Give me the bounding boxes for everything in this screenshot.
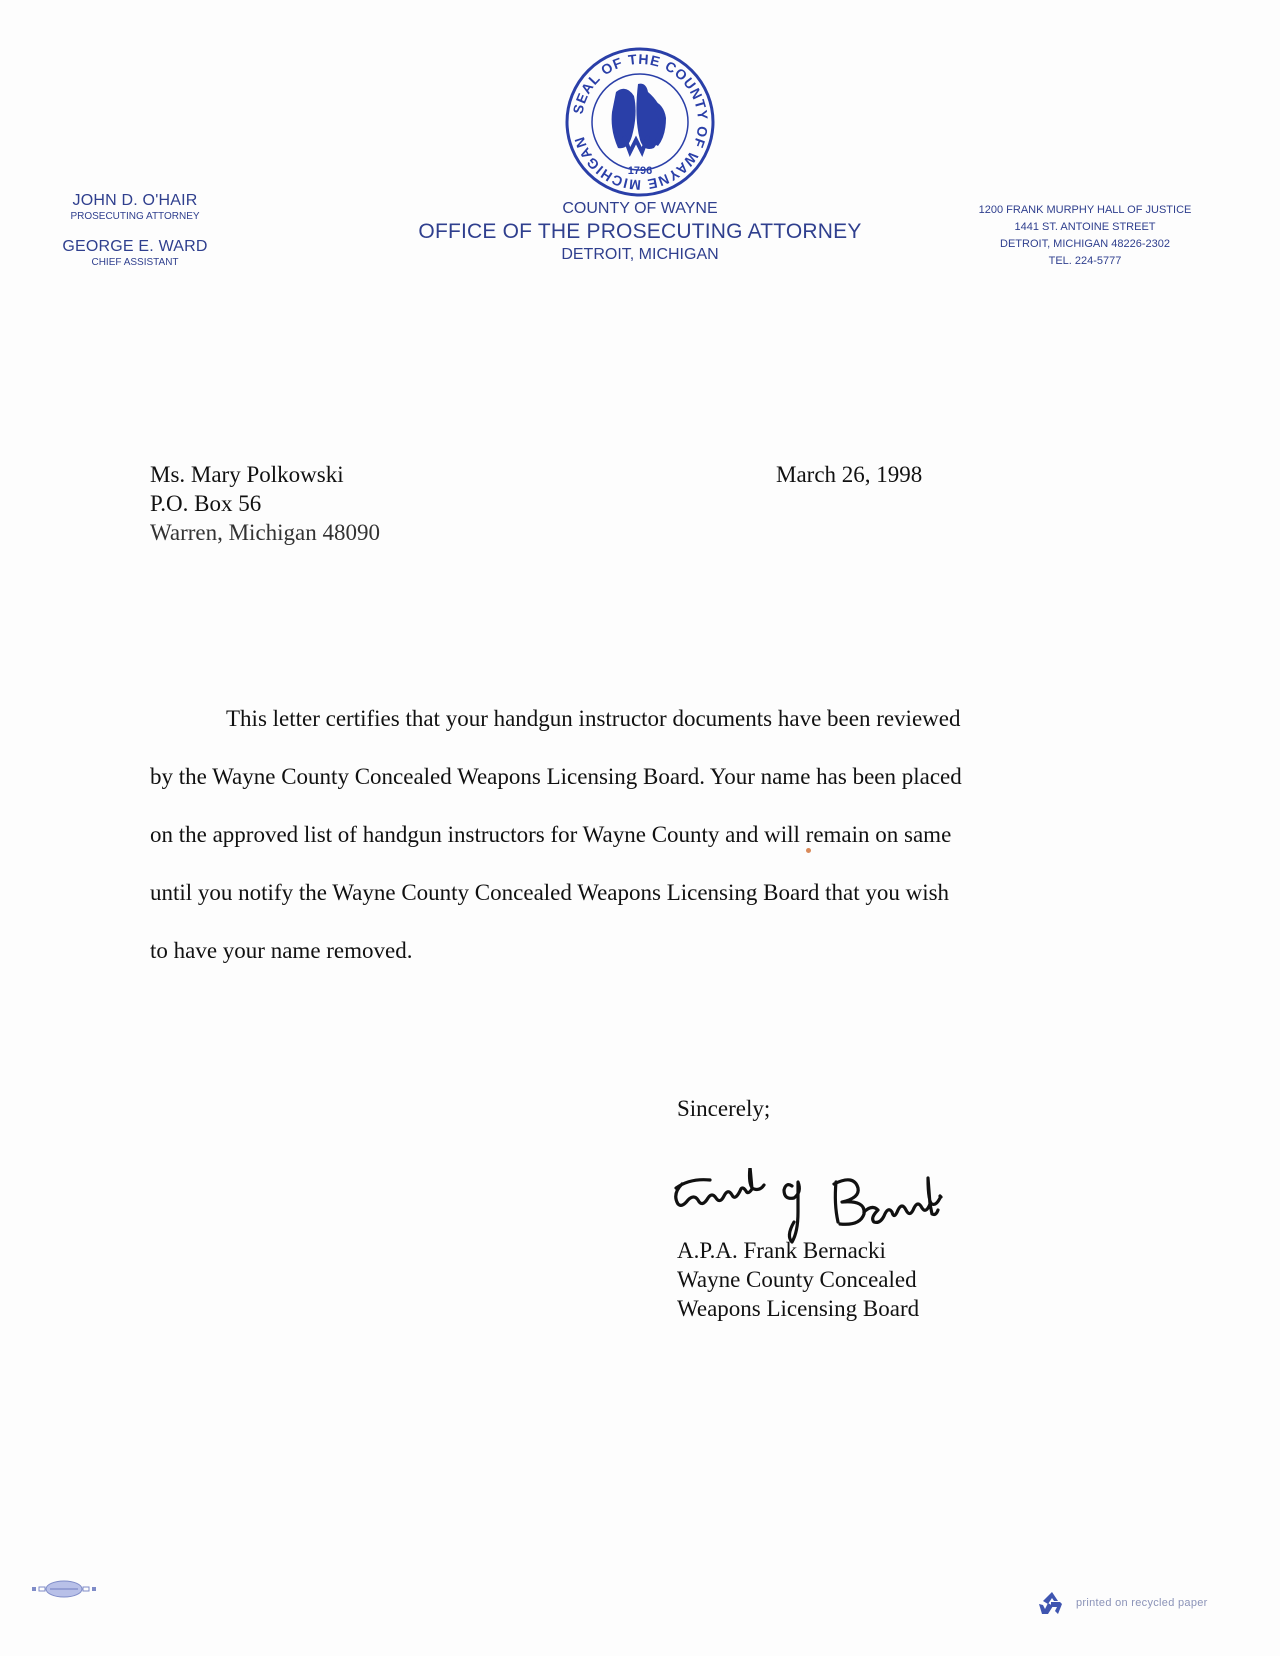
address-line-1: 1200 FRANK MURPHY HALL OF JUSTICE: [955, 202, 1215, 219]
chief-assistant-title: CHIEF ASSISTANT: [40, 256, 230, 270]
office-name: OFFICE OF THE PROSECUTING ATTORNEY: [380, 219, 900, 245]
county-name: COUNTY OF WAYNE: [380, 199, 900, 219]
body-line: to have your name removed.: [150, 922, 1070, 980]
signature-block: A.P.A. Frank Bernacki Wayne County Conce…: [677, 1236, 919, 1323]
closing: Sincerely;: [677, 1096, 770, 1122]
letterhead-address: 1200 FRANK MURPHY HALL OF JUSTICE 1441 S…: [955, 202, 1215, 270]
paper-stain: [806, 848, 811, 853]
signer-org-line-2: Weapons Licensing Board: [677, 1294, 919, 1323]
letter-body: This letter certifies that your handgun …: [150, 690, 1070, 980]
recycled-paper-text: printed on recycled paper: [1076, 1597, 1208, 1609]
recipient-street: P.O. Box 56: [150, 489, 380, 518]
chief-assistant-name: GEORGE E. WARD: [40, 238, 230, 256]
address-line-2: 1441 ST. ANTOINE STREET: [955, 219, 1215, 236]
letterhead-office: COUNTY OF WAYNE OFFICE OF THE PROSECUTIN…: [380, 199, 900, 265]
body-line: by the Wayne County Concealed Weapons Li…: [150, 748, 1070, 806]
letterhead-officials: JOHN D. O'HAIR PROSECUTING ATTORNEY GEOR…: [40, 192, 230, 270]
signer-name: A.P.A. Frank Bernacki: [677, 1236, 919, 1265]
union-label-icon: [28, 1578, 100, 1600]
recycle-icon: [1038, 1590, 1066, 1616]
body-line: until you notify the Wayne County Concea…: [150, 864, 1070, 922]
recipient-city: Warren, Michigan 48090: [150, 518, 380, 547]
letter-date: March 26, 1998: [776, 460, 922, 489]
prosecutor-title: PROSECUTING ATTORNEY: [40, 210, 230, 224]
telephone: TEL. 224-5777: [955, 253, 1215, 270]
county-seal-icon: SEAL OF THE COUNTY OF WAYNE MICHIGAN 179…: [564, 46, 716, 198]
body-line: This letter certifies that your handgun …: [150, 690, 1070, 748]
prosecutor-name: JOHN D. O'HAIR: [40, 192, 230, 210]
office-city: DETROIT, MICHIGAN: [380, 245, 900, 265]
recipient-name: Ms. Mary Polkowski: [150, 460, 380, 489]
recycled-paper-notice: printed on recycled paper: [1038, 1590, 1208, 1616]
signer-org-line-1: Wayne County Concealed: [677, 1265, 919, 1294]
svg-text:1796: 1796: [628, 165, 652, 177]
body-line: on the approved list of handgun instruct…: [150, 806, 1070, 864]
recipient-address: Ms. Mary Polkowski P.O. Box 56 Warren, M…: [150, 460, 380, 547]
handwritten-signature-icon: [668, 1168, 988, 1246]
address-line-3: DETROIT, MICHIGAN 48226-2302: [955, 236, 1215, 253]
